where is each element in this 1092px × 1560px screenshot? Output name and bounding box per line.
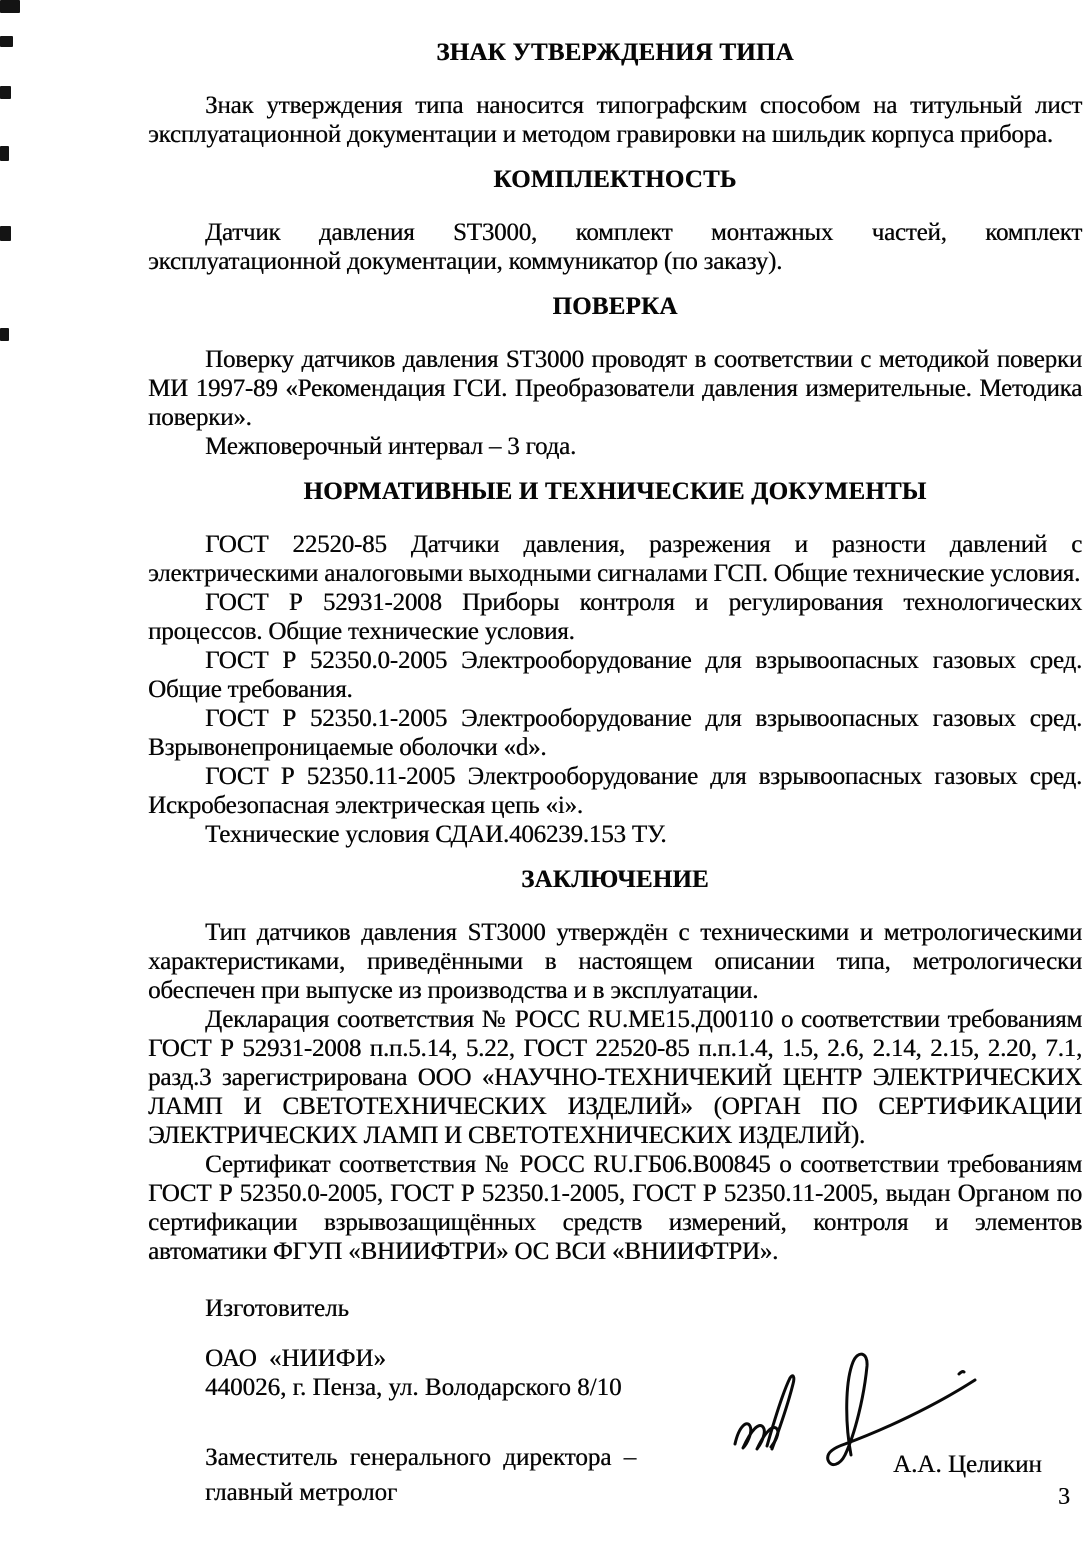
paragraph: ГОСТ Р 52350.1-2005 Электрооборудование … xyxy=(148,704,1082,762)
section-heading: ПОВЕРКА xyxy=(148,292,1082,321)
section-verification: ПОВЕРКА Поверку датчиков давления ST3000… xyxy=(148,292,1082,461)
section-heading: КОМПЛЕКТНОСТЬ xyxy=(148,165,1082,194)
paragraph: ГОСТ Р 52931-2008 Приборы контроля и рег… xyxy=(148,588,1082,646)
paragraph: Знак утверждения типа наносится типограф… xyxy=(148,91,1082,149)
scan-binding-mark xyxy=(0,0,20,13)
paragraph: ГОСТ 22520-85 Датчики давления, разрежен… xyxy=(148,530,1082,588)
signatory-title-line: главный метролог xyxy=(205,1475,725,1510)
section-completeness: КОМПЛЕКТНОСТЬ Датчик давления ST3000, ко… xyxy=(148,165,1082,276)
section-heading: ЗАКЛЮЧЕНИЕ xyxy=(148,865,1082,894)
paragraph: Технические условия СДАИ.406239.153 ТУ. xyxy=(148,820,1082,849)
scan-binding-mark xyxy=(0,36,13,47)
paragraph: Датчик давления ST3000, комплект монтажн… xyxy=(148,218,1082,276)
section-type-approval-mark: ЗНАК УТВЕРЖДЕНИЯ ТИПА Знак утверждения т… xyxy=(148,38,1082,149)
page-number: 3 xyxy=(1058,1484,1070,1511)
paragraph: ГОСТ Р 52350.11-2005 Электрооборудование… xyxy=(148,762,1082,820)
scan-binding-mark xyxy=(0,86,11,99)
signatory-title: Заместитель генерального директора – гла… xyxy=(205,1440,725,1510)
manufacturer-label: Изготовитель xyxy=(205,1294,1082,1323)
paragraph: Тип датчиков давления ST3000 утверждён с… xyxy=(148,918,1082,1005)
paragraph: ГОСТ Р 52350.0-2005 Электрооборудование … xyxy=(148,646,1082,704)
section-heading: НОРМАТИВНЫЕ И ТЕХНИЧЕСКИЕ ДОКУМЕНТЫ xyxy=(148,477,1082,506)
paragraph: Декларация соответствия № РОСС RU.МЕ15.Д… xyxy=(148,1005,1082,1150)
scan-binding-mark xyxy=(0,328,9,341)
paragraph: Межповерочный интервал – 3 года. xyxy=(148,432,1082,461)
scan-binding-mark xyxy=(0,146,9,161)
signatory-name: А.А. Целикин xyxy=(893,1450,1042,1479)
signatory-title-line: Заместитель генерального директора – xyxy=(205,1440,725,1475)
section-conclusion: ЗАКЛЮЧЕНИЕ Тип датчиков давления ST3000 … xyxy=(148,865,1082,1266)
scan-binding-mark xyxy=(0,226,11,241)
paragraph: Поверку датчиков давления ST3000 проводя… xyxy=(148,345,1082,432)
section-heading: ЗНАК УТВЕРЖДЕНИЯ ТИПА xyxy=(148,38,1082,67)
document-page: ЗНАК УТВЕРЖДЕНИЯ ТИПА Знак утверждения т… xyxy=(0,0,1092,1560)
paragraph: Сертификат соответствия № РОСС RU.ГБ06.В… xyxy=(148,1150,1082,1266)
section-normative-documents: НОРМАТИВНЫЕ И ТЕХНИЧЕСКИЕ ДОКУМЕНТЫ ГОСТ… xyxy=(148,477,1082,849)
